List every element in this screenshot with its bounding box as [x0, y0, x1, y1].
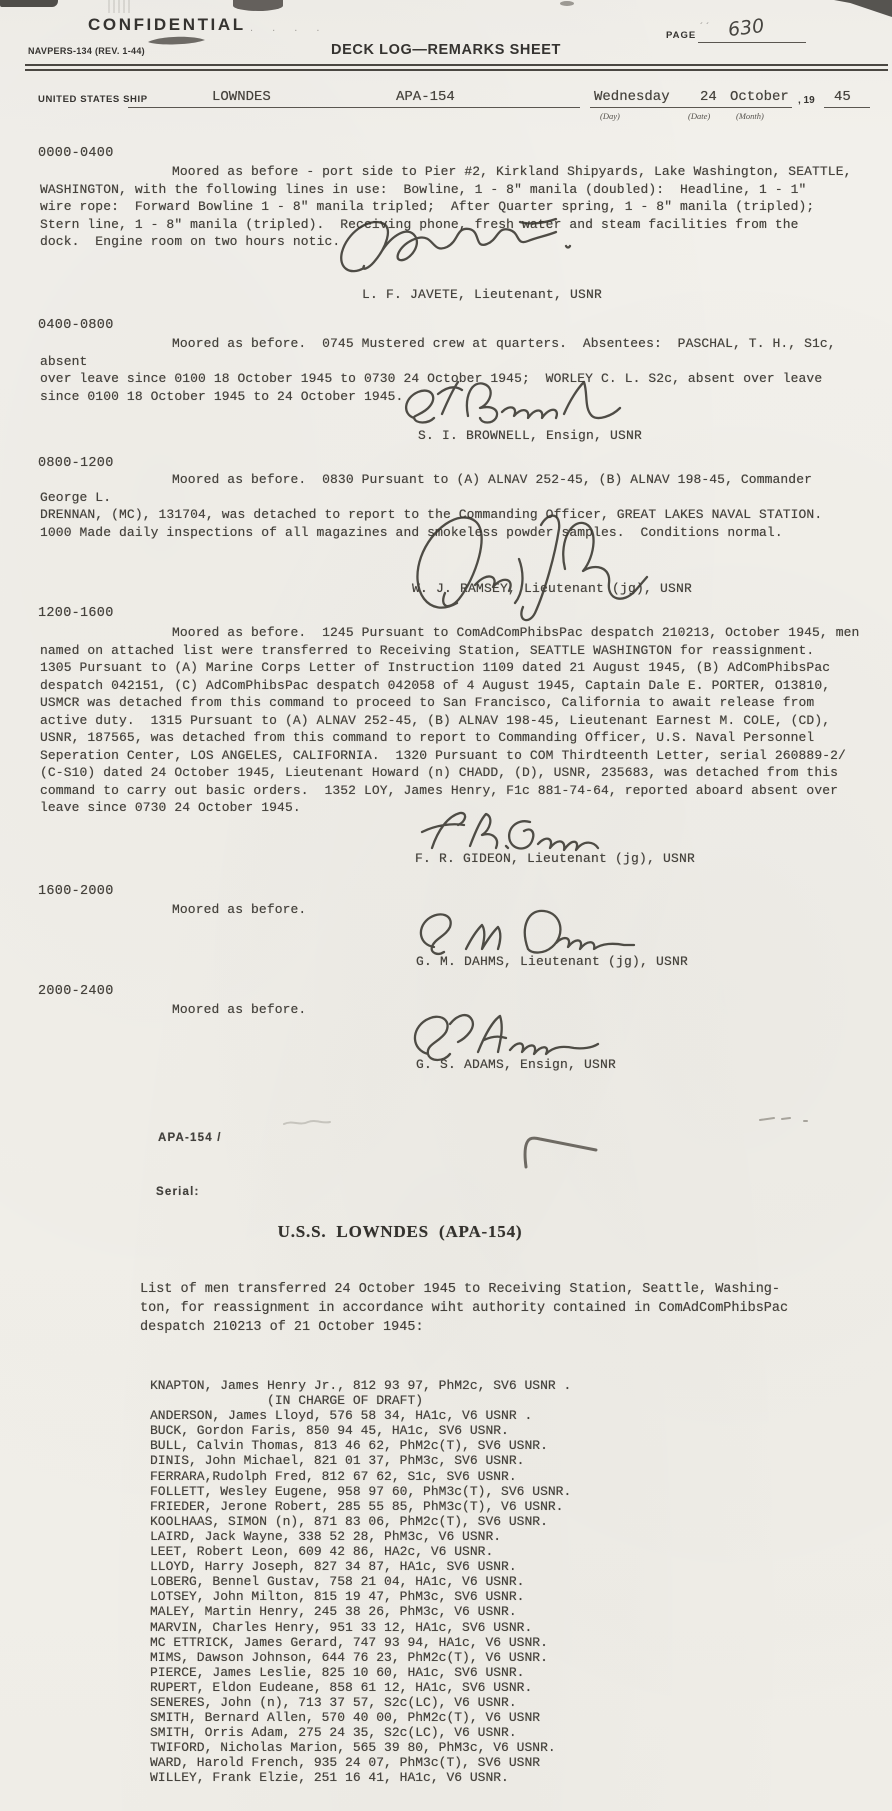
roster-line: SENERES, John (n), 713 37 57, S2c(LC), V…	[150, 1695, 571, 1710]
roster-line: MALEY, Martin Henry, 245 38 26, PhM3c, V…	[150, 1604, 571, 1619]
deck-log-remarks-sheet: CONFIDENTIAL . . . . PAGE 630 ´ ´ NAVPER…	[0, 0, 892, 1811]
signer-line: G. S. ADAMS, Ensign, USNR	[416, 1057, 616, 1072]
pencil-scribble	[282, 1118, 334, 1130]
entry-text: Moored as before. 1245 Pursuant to ComAd…	[40, 624, 862, 817]
roster-line: BULL, Calvin Thomas, 813 46 62, PhM2c(T)…	[150, 1438, 571, 1453]
roster-line: LEET, Robert Leon, 609 42 86, HA2c, V6 U…	[150, 1544, 571, 1559]
roster-line: LOBERG, Bennel Gustav, 758 21 04, HA1c, …	[150, 1574, 571, 1589]
log-month: October	[730, 89, 789, 105]
signature-javete	[330, 210, 580, 286]
scan-artifact	[108, 0, 132, 13]
hull-number: APA-154	[396, 89, 455, 105]
transfer-roster: KNAPTON, James Henry Jr., 812 93 97, PhM…	[150, 1378, 571, 1786]
roster-line: PIERCE, James Leslie, 825 10 60, HA1c, S…	[150, 1665, 571, 1680]
signer-line: F. R. GIDEON, Lieutenant (jg), USNR	[415, 851, 695, 866]
pencil-specks: ´ ´	[700, 22, 709, 33]
entry-time: 1200-1600	[38, 606, 114, 621]
caption-date: (Date)	[688, 111, 710, 121]
log-day: 24	[700, 89, 717, 105]
roster-line: FOLLETT, Wesley Eugene, 958 97 60, PhM3c…	[150, 1484, 571, 1499]
entry-time: 0800-1200	[38, 456, 114, 471]
roster-line: FERRARA,Rudolph Fred, 812 67 62, S1c, SV…	[150, 1469, 571, 1484]
roster-line: TWIFORD, Nicholas Marion, 565 39 80, PhM…	[150, 1740, 571, 1755]
attachment-intro: List of men transferred 24 October 1945 …	[140, 1280, 830, 1337]
entry-time: 0400-0800	[38, 318, 114, 333]
roster-line: WILLEY, Frank Elzie, 251 16 41, HA1c, V6…	[150, 1770, 571, 1785]
decor-dots: . . . .	[250, 22, 327, 34]
signature-ramsey	[395, 503, 653, 629]
roster-line: KNAPTON, James Henry Jr., 812 93 97, PhM…	[150, 1378, 571, 1393]
roster-line: BUCK, Gordon Faris, 850 94 45, HA1c, SV6…	[150, 1423, 571, 1438]
roster-line: KOOLHAAS, SIMON (n), 871 83 06, PhM2c(T)…	[150, 1514, 571, 1529]
log-weekday: Wednesday	[594, 89, 670, 105]
entry-time: 0000-0400	[38, 146, 114, 161]
attachment-heading: U.S.S. LOWNDES (APA-154)	[0, 1222, 800, 1242]
scan-artifact	[233, 0, 283, 11]
roster-line: LAIRD, Jack Wayne, 338 52 28, PhM3c, V6 …	[150, 1529, 571, 1544]
year-printed-prefix: , 19	[798, 95, 815, 106]
scan-artifact	[560, 1, 574, 6]
pencil-dash-marks	[756, 1112, 828, 1126]
scan-artifact	[0, 0, 58, 7]
caption-month: (Month)	[736, 111, 764, 121]
roster-line: ANDERSON, James Lloyd, 576 58 34, HA1c, …	[150, 1408, 571, 1423]
log-year: 45	[834, 89, 851, 105]
roster-line: SMITH, Bernard Allen, 570 40 00, PhM2c(T…	[150, 1710, 571, 1725]
serial-label: Serial:	[156, 1186, 200, 1198]
entry-time: 1600-2000	[38, 884, 114, 899]
ship-name-underline	[128, 92, 580, 108]
entry-time: 2000-2400	[38, 984, 114, 999]
header-double-rule-top	[25, 64, 888, 66]
attachment-ref: APA-154 /	[158, 1132, 222, 1144]
roster-line: MARVIN, Charles Henry, 951 33 12, HA1c, …	[150, 1620, 571, 1635]
signature-dahms	[402, 903, 640, 959]
signature-adams	[398, 1006, 610, 1062]
sheet-title: DECK LOG—REMARKS SHEET	[0, 42, 892, 58]
roster-line: DINIS, John Michael, 821 01 37, PhM3c, S…	[150, 1453, 571, 1468]
roster-line: MIMS, Dawson Johnson, 644 76 23, PhM2c(T…	[150, 1650, 571, 1665]
roster-line: RUPERT, Eldon Eudeane, 858 61 12, HA1c, …	[150, 1680, 571, 1695]
roster-line: LOTSEY, John Milton, 815 19 47, PhM3c, S…	[150, 1589, 571, 1604]
roster-line: MC ETTRICK, James Gerard, 747 93 94, HA1…	[150, 1635, 571, 1650]
page-label: PAGE	[666, 30, 696, 41]
roster-line: (IN CHARGE OF DRAFT)	[150, 1393, 571, 1408]
roster-line: FRIEDER, Jerone Robert, 285 55 85, PhM3c…	[150, 1499, 571, 1514]
scan-artifact	[834, 0, 892, 17]
header-double-rule-bottom	[25, 69, 888, 71]
signer-line: S. I. BROWNELL, Ensign, USNR	[418, 428, 642, 443]
signer-line: L. F. JAVETE, Lieutenant, USNR	[362, 287, 602, 302]
signature-brownell	[398, 374, 626, 432]
pencil-hook-mark	[520, 1134, 602, 1170]
roster-line: LLOYD, Harry Joseph, 827 34 87, HA1c, SV…	[150, 1559, 571, 1574]
classification-stamp: CONFIDENTIAL	[88, 15, 246, 35]
signer-line: G. M. DAHMS, Lieutenant (jg), USNR	[416, 954, 688, 969]
ship-name: LOWNDES	[212, 89, 271, 105]
page-number: 630	[727, 15, 766, 41]
caption-day: (Day)	[600, 111, 620, 121]
roster-line: WARD, Harold French, 935 24 07, PhM3c(T)…	[150, 1755, 571, 1770]
roster-line: SMITH, Orris Adam, 275 24 35, S2c(LC), V…	[150, 1725, 571, 1740]
signer-line: W. J. RAMSEY, Lieutenant (jg), USNR	[412, 581, 692, 596]
